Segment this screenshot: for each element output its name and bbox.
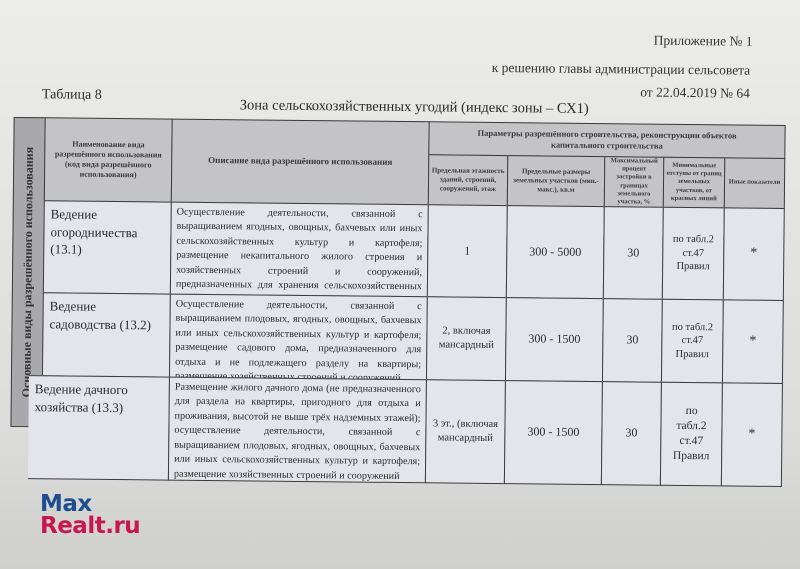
row-name: Ведение дачного хозяйства (13.3) [28,375,170,480]
row-floors: 1 [427,204,508,298]
watermark-realt: Realt.ru [40,515,140,538]
row-description: Осуществление деятельности, связанной с … [170,202,429,298]
header-floors: Предельная этажность зданий, строений, с… [428,154,509,206]
row-setbacks: по табл.2 ст.47 Правил [662,207,725,301]
row-coverage: 30 [601,381,662,486]
row-description: Осуществление деятельности, связанной с … [169,294,428,381]
row-setbacks: по табл.2 ст.47 Правил [660,382,723,487]
header-name: Наименование вида разрешённого использов… [44,117,173,202]
side-label: Основные виды разрешённого использования [19,147,37,398]
header-description: Описание вида разрешённого использования [171,119,430,206]
row-plot-size: 300 - 5000 [506,205,605,299]
row-other: * [723,207,785,301]
row-floors: 3 эт., (включая мансардный [425,379,506,484]
header-setbacks: Минимальные отступы от границ земельных … [663,157,726,209]
zoning-table: Основные виды разрешённого использования… [10,117,786,487]
table-label: Таблица 8 [42,87,102,104]
header-other: Иные показатели [724,157,786,209]
row-coverage: 30 [603,206,664,300]
appendix-decision: к решению главы администрации сельсовета [492,60,751,79]
row-name: Ведение садоводства (13.2) [42,292,171,377]
row-plot-size: 300 - 1500 [504,380,603,485]
header-coverage: Максимальный процент застройки в граница… [604,156,665,208]
zone-title: Зона сельскохозяйственных угодий (индекс… [240,97,589,118]
document-page: Приложение № 1 к решению главы администр… [0,0,800,569]
row-other: * [722,299,784,384]
row-plot-size: 300 - 1500 [505,297,604,382]
row-name: Ведение огородничества (13.1) [43,200,172,294]
row-floors: 2, включая мансардный [426,296,507,381]
header-plot-size: Предельные размеры земельных участков (м… [507,155,606,207]
watermark-logo: Max Realt.ru [40,493,140,538]
row-setbacks: по табл.2 ст.47 Правил [661,299,724,384]
row-description: Размещение жилого дачного дома (не предн… [168,377,427,484]
appendix-number: Приложение № 1 [654,33,753,50]
header-params-group: Параметры разрешённого строительства, ре… [428,121,785,159]
row-coverage: 30 [602,298,663,383]
row-other: * [721,382,783,487]
appendix-date: от 22.04.2019 № 64 [640,85,750,102]
